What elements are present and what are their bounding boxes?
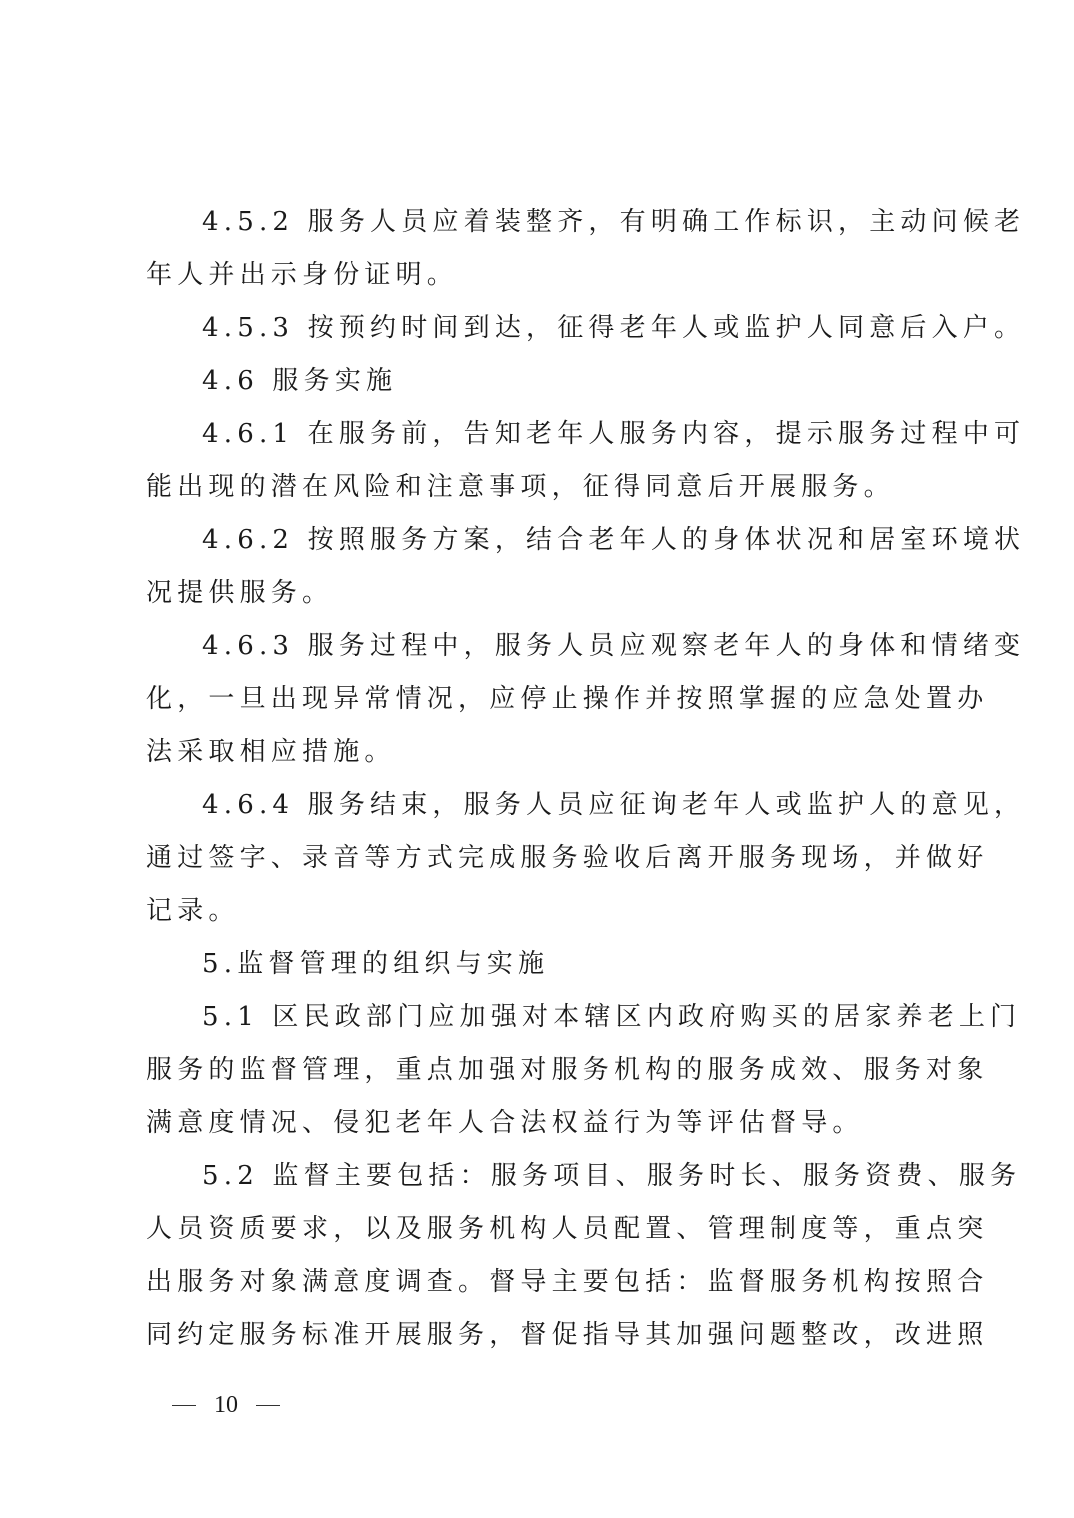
paragraph-5-2-line-2: 人员资质要求，以及服务机构人员配置、管理制度等，重点突 [146, 1203, 942, 1256]
paragraph-5-2-line-4: 同约定服务标准开展服务，督促指导其加强问题整改，改进照 [146, 1309, 942, 1362]
document-body: 4.5.2 服务人员应着装整齐，有明确工作标识，主动问候老 年人并出示身份证明。… [146, 196, 942, 1362]
paragraph-4-6-3-line-1: 4.6.3 服务过程中，服务人员应观察老年人的身体和情绪变 [146, 620, 942, 673]
paragraph-4-6-1-line-1: 4.6.1 在服务前，告知老年人服务内容，提示服务过程中可 [146, 408, 942, 461]
paragraph-4-6-4-line-2: 通过签字、录音等方式完成服务验收后离开服务现场，并做好 [146, 832, 942, 885]
document-page: 4.5.2 服务人员应着装整齐，有明确工作标识，主动问候老 年人并出示身份证明。… [0, 0, 1074, 1518]
page-number: 10 [214, 1392, 238, 1419]
paragraph-4-6-4-line-3: 记录。 [146, 885, 942, 938]
paragraph-4-6-4-line-1: 4.6.4 服务结束，服务人员应征询老年人或监护人的意见， [146, 779, 942, 832]
page-footer: 10 [172, 1392, 280, 1419]
paragraph-5-2-line-1: 5.2 监督主要包括：服务项目、服务时长、服务资费、服务 [146, 1150, 942, 1203]
paragraph-4-6-2-line-1: 4.6.2 按照服务方案，结合老年人的身体状况和居室环境状 [146, 514, 942, 567]
paragraph-4-6-2-line-2: 况提供服务。 [146, 567, 942, 620]
section-heading-5: 5.监督管理的组织与实施 [146, 938, 942, 991]
paragraph-4-6-3-line-2: 化，一旦出现异常情况，应停止操作并按照掌握的应急处置办 [146, 673, 942, 726]
paragraph-5-2-line-3: 出服务对象满意度调查。督导主要包括：监督服务机构按照合 [146, 1256, 942, 1309]
paragraph-5-1-line-2: 服务的监督管理，重点加强对服务机构的服务成效、服务对象 [146, 1044, 942, 1097]
paragraph-4-5-3: 4.5.3 按预约时间到达，征得老年人或监护人同意后入户。 [146, 302, 942, 355]
paragraph-4-5-2-line-1: 4.5.2 服务人员应着装整齐，有明确工作标识，主动问候老 [146, 196, 942, 249]
section-heading-4-6: 4.6 服务实施 [146, 355, 942, 408]
dash-right-icon [256, 1405, 280, 1407]
paragraph-5-1-line-1: 5.1 区民政部门应加强对本辖区内政府购买的居家养老上门 [146, 991, 942, 1044]
paragraph-4-6-3-line-3: 法采取相应措施。 [146, 726, 942, 779]
paragraph-4-6-1-line-2: 能出现的潜在风险和注意事项，征得同意后开展服务。 [146, 461, 942, 514]
paragraph-5-1-line-3: 满意度情况、侵犯老年人合法权益行为等评估督导。 [146, 1097, 942, 1150]
paragraph-4-5-2-line-2: 年人并出示身份证明。 [146, 249, 942, 302]
dash-left-icon [172, 1405, 196, 1407]
